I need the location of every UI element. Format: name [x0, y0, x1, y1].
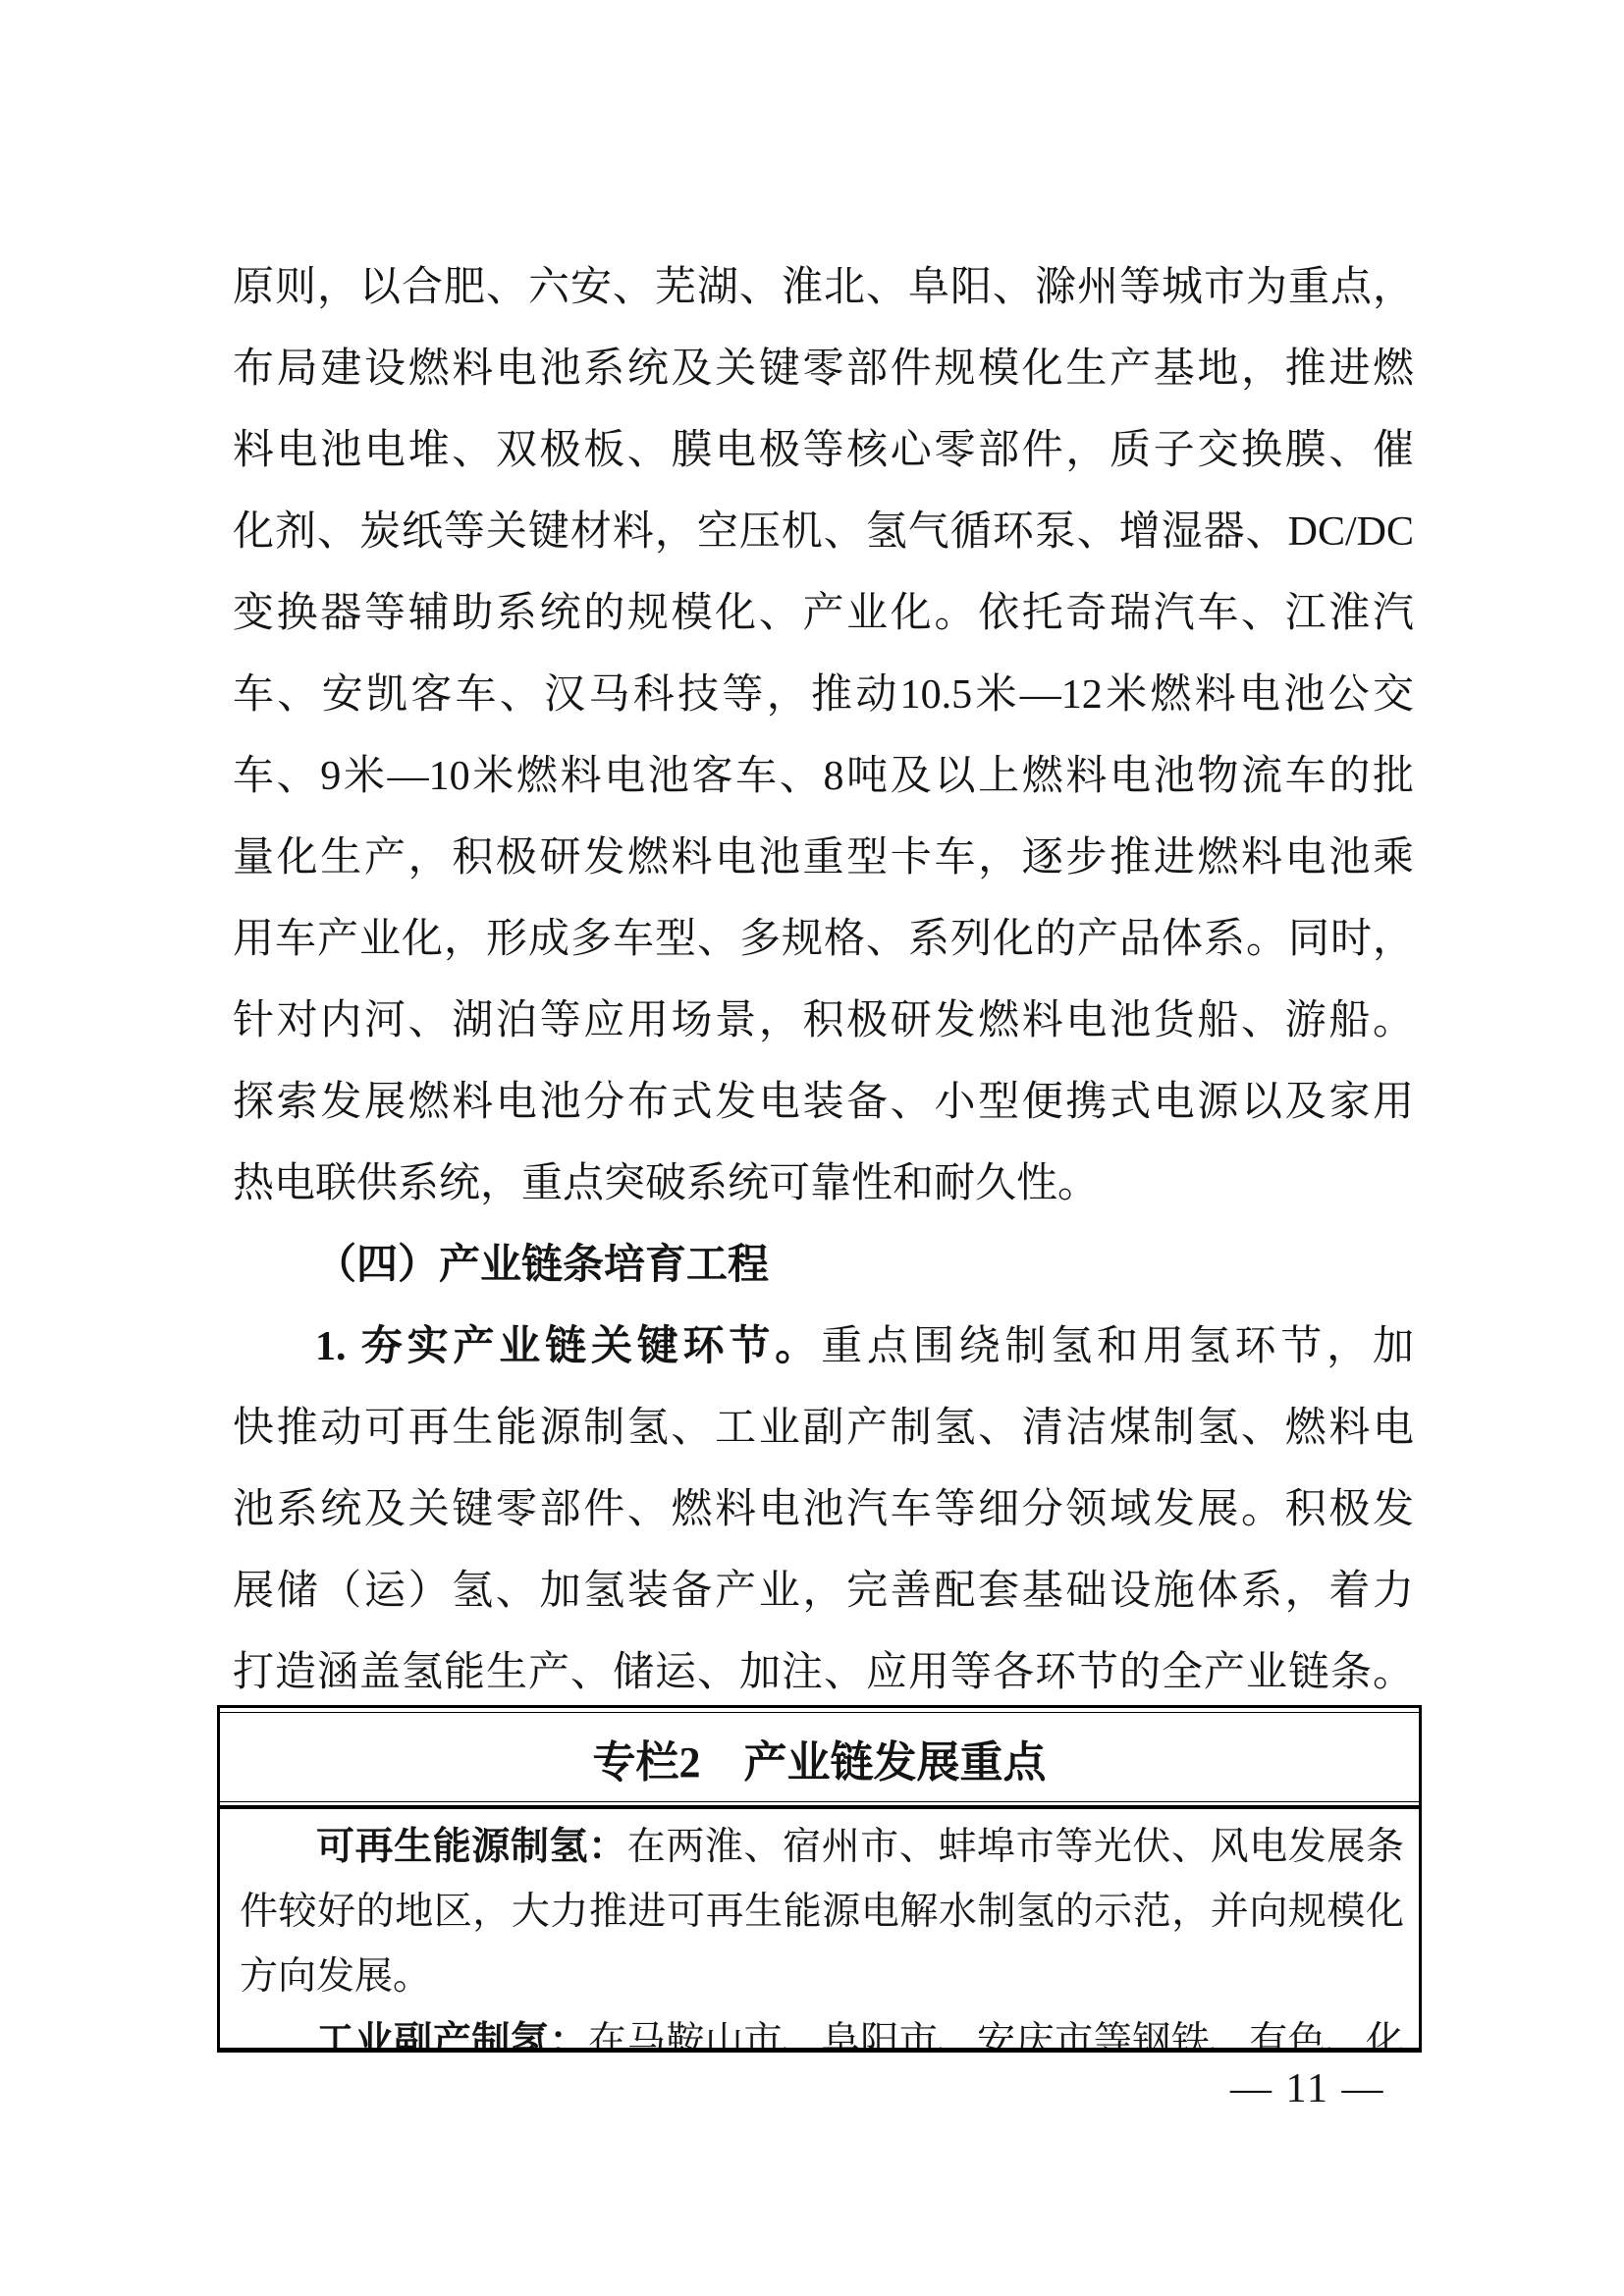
body-line: 热电联供系统，重点突破系统可靠性和耐久性。: [233, 1144, 1414, 1225]
body-line: 展储（运）氢、加氢装备产业，完善配套基础设施体系，着力: [233, 1551, 1414, 1632]
body-line: 料电池电堆、双极板、膜电极等核心零部件，质子交换膜、催: [233, 410, 1414, 492]
body-line: 快推动可再生能源制氢、工业副产制氢、清洁煤制氢、燃料电: [233, 1388, 1414, 1469]
paragraph-text: 重点围绕制氢和用氢环节，加: [821, 1324, 1414, 1369]
panel-line: 可再生能源制氢：在两淮、宿州市、蚌埠市等光伏、风电发展条: [240, 1815, 1404, 1880]
panel-item-lead-bold: 工业副产制氢：: [316, 2020, 588, 2053]
body-line: 车、9米—10米燃料电池客车、8吨及以上燃料电池物流车的批: [233, 736, 1414, 818]
panel-line: 方向发展。: [240, 1945, 1404, 2009]
body-line: 1. 夯实产业链关键环节。重点围绕制氢和用氢环节，加: [233, 1307, 1414, 1388]
body-line: 打造涵盖氢能生产、储运、加注、应用等各环节的全产业链条。: [233, 1632, 1414, 1714]
body-line: 针对内河、湖泊等应用场景，积极研发燃料电池货船、游船。: [233, 981, 1414, 1062]
section-heading: （四）产业链条培育工程: [233, 1225, 1414, 1307]
page-number: — 11 —: [1230, 2065, 1384, 2112]
panel-line: 件较好的地区，大力推进可再生能源电解水制氢的示范，并向规模化: [240, 1880, 1404, 1945]
body-line: 池系统及关键零部件、燃料电池汽车等细分领域发展。积极发: [233, 1469, 1414, 1551]
body-line: 量化生产，积极研发燃料电池重型卡车，逐步推进燃料电池乘: [233, 818, 1414, 899]
body-line: 布局建设燃料电池系统及关键零部件规模化生产基地，推进燃: [233, 329, 1414, 410]
body-line: 原则，以合肥、六安、芜湖、淮北、阜阳、滁州等城市为重点，: [233, 247, 1414, 329]
body-line: 用车产业化，形成多车型、多规格、系列化的产品体系。同时，: [233, 899, 1414, 981]
body-line: 变换器等辅助系统的规模化、产业化。依托奇瑞汽车、江淮汽: [233, 573, 1414, 655]
body-line: 化剂、炭纸等关键材料，空压机、氢气循环泵、增湿器、DC/DC: [233, 492, 1414, 573]
body-text-block: 原则，以合肥、六安、芜湖、淮北、阜阳、滁州等城市为重点， 布局建设燃料电池系统及…: [233, 247, 1414, 1714]
document-page: 原则，以合肥、六安、芜湖、淮北、阜阳、滁州等城市为重点， 布局建设燃料电池系统及…: [0, 0, 1624, 2296]
panel-item-lead-bold: 可再生能源制氢：: [316, 1826, 627, 1868]
panel-item-text: 在两淮、宿州市、蚌埠市等光伏、风电发展条: [627, 1826, 1404, 1868]
paragraph-lead-bold: 1. 夯实产业链关键环节。: [315, 1324, 821, 1369]
highlight-panel: 专栏2 产业链发展重点 可再生能源制氢：在两淮、宿州市、蚌埠市等光伏、风电发展条…: [217, 1705, 1422, 2053]
body-line: 探索发展燃料电池分布式发电装备、小型便携式电源以及家用: [233, 1062, 1414, 1144]
panel-item-text: 在马鞍山市、阜阳市、安庆市等钢铁、有色、化: [588, 2020, 1404, 2053]
body-line: 车、安凯客车、汉马科技等，推动10.5米—12米燃料电池公交: [233, 655, 1414, 736]
panel-title: 专栏2 产业链发展重点: [220, 1713, 1419, 1802]
panel-body: 可再生能源制氢：在两淮、宿州市、蚌埠市等光伏、风电发展条 件较好的地区，大力推进…: [220, 1809, 1419, 2053]
panel-line: 工业副产制氢：在马鞍山市、阜阳市、安庆市等钢铁、有色、化: [240, 2009, 1404, 2053]
